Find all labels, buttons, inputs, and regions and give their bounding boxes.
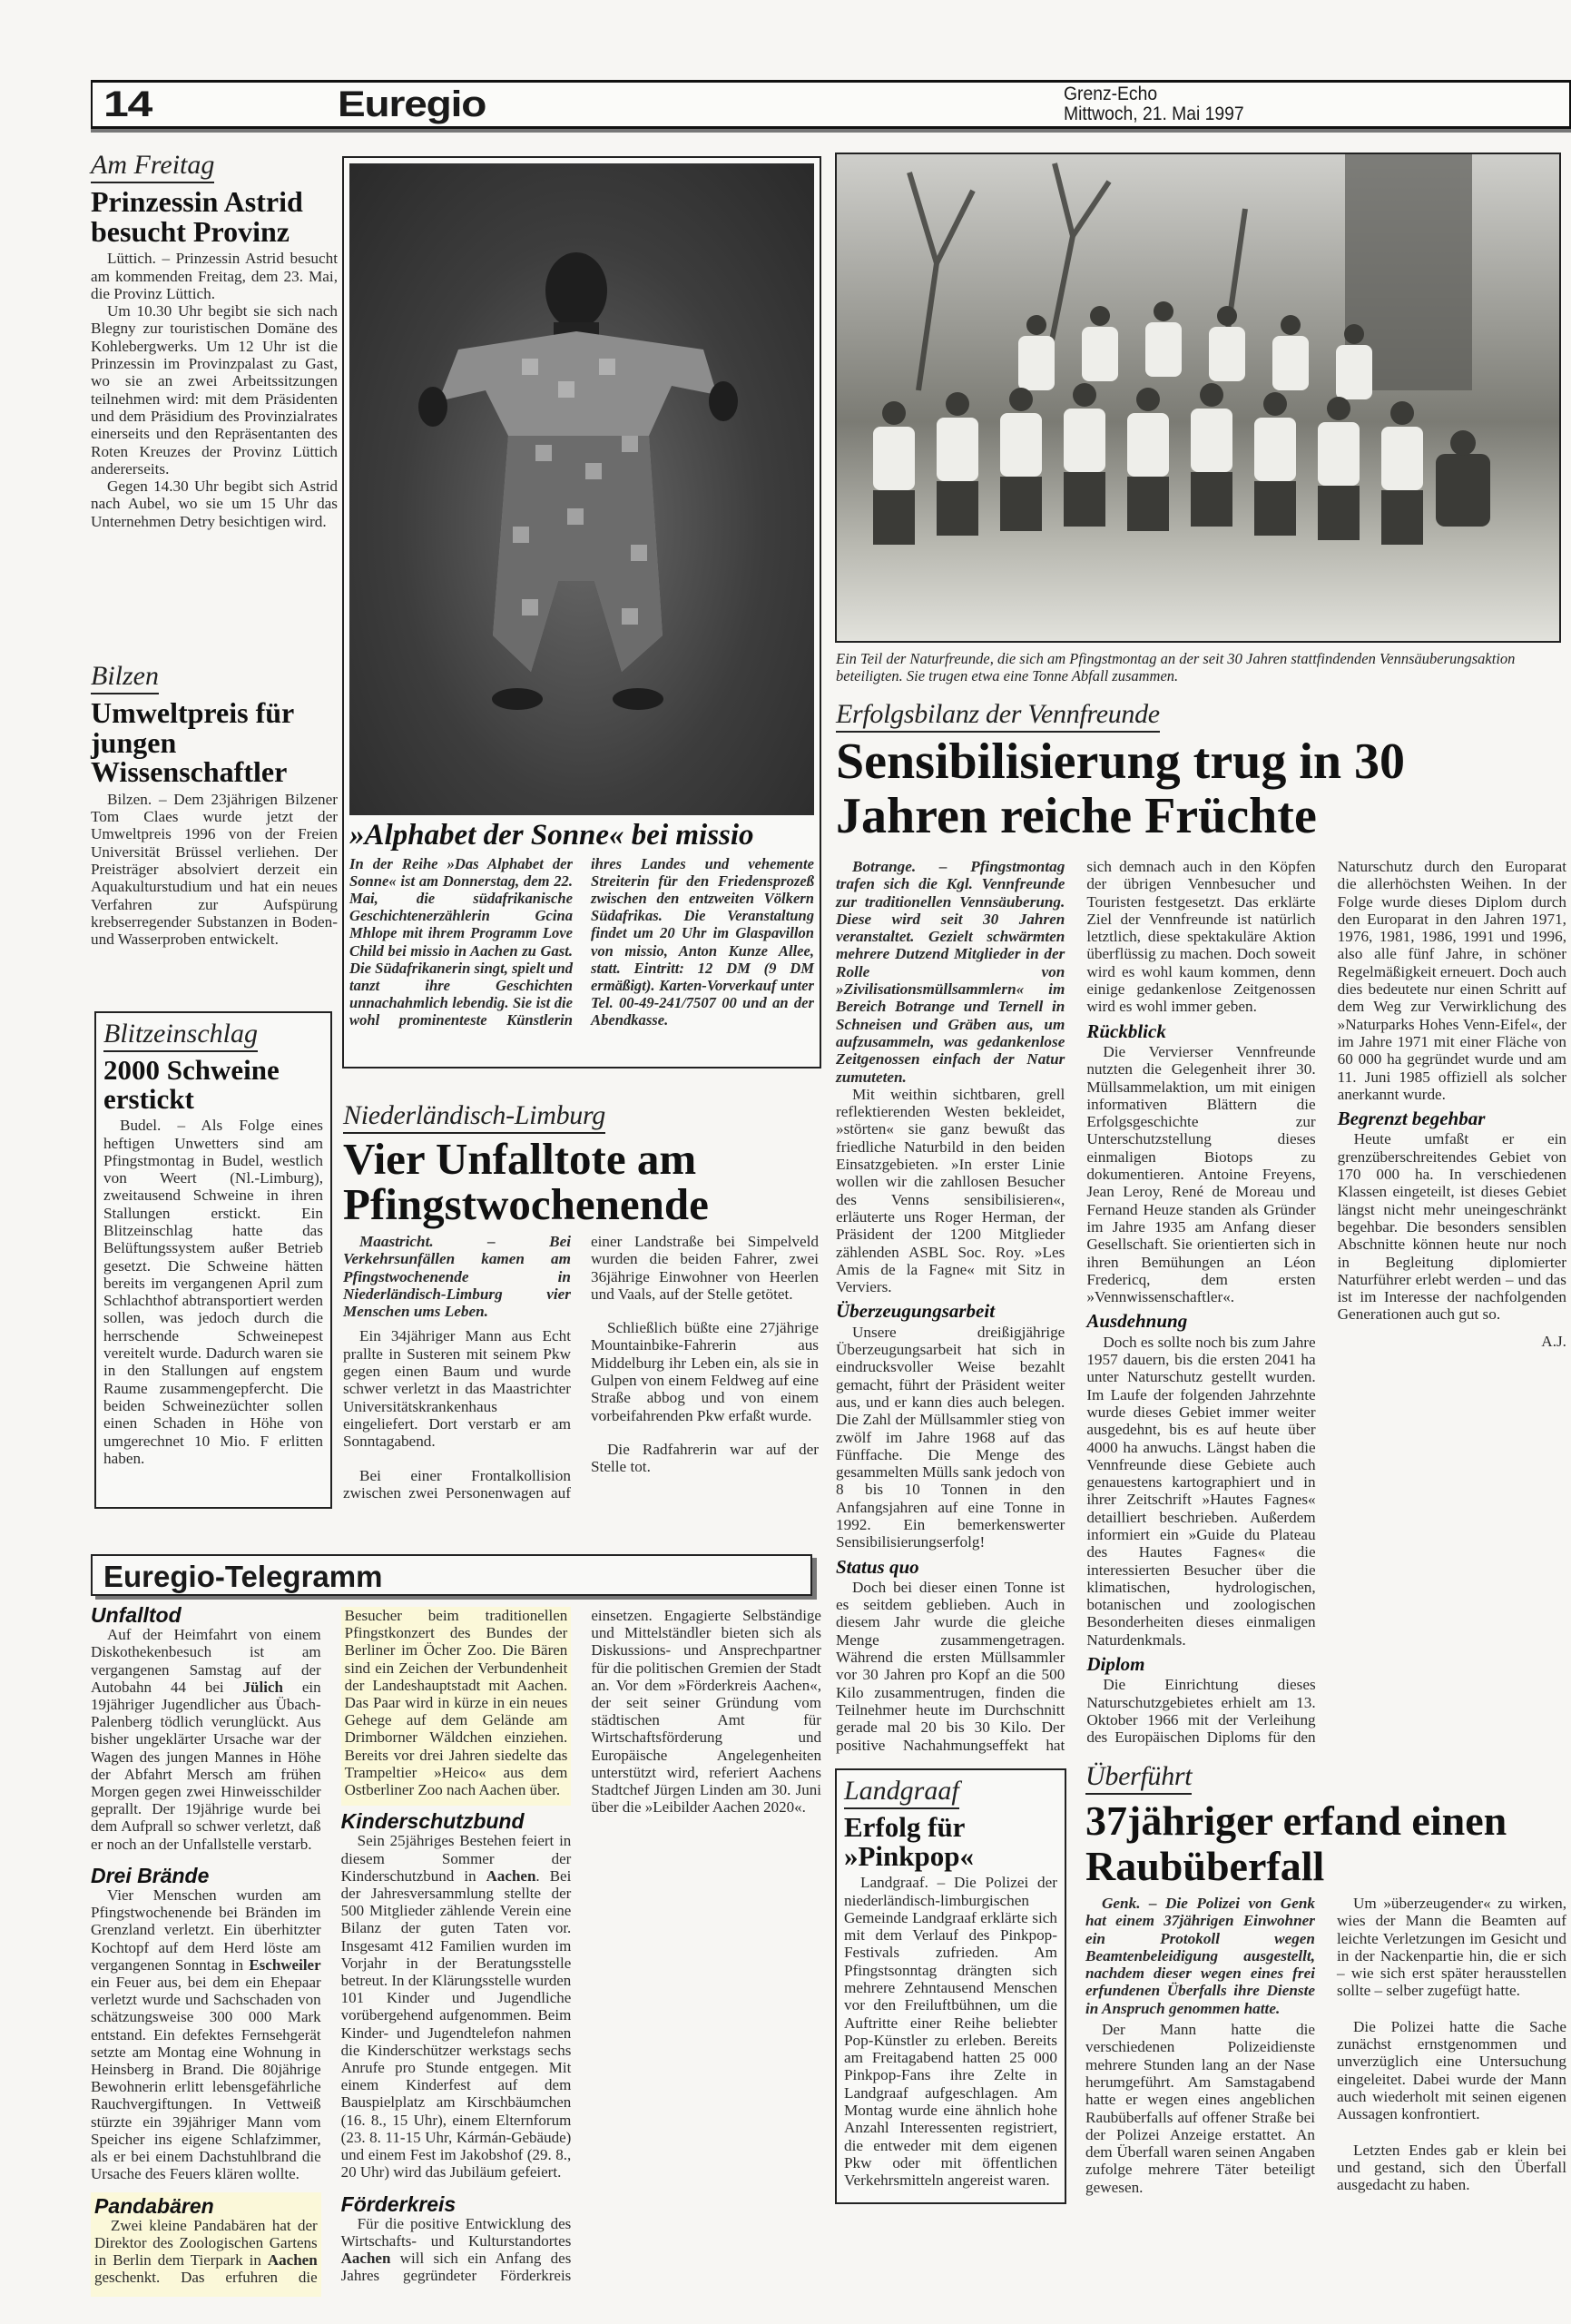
telegramm-item-kinderschutzbund: Kinderschutzbund Sein 25jähriges Bestehe… <box>341 1813 572 2181</box>
article-body: Lüttich. – Prinzessin Astrid besucht am … <box>91 250 338 530</box>
article-body: Maastricht. – Bei Verkehrsunfällen kamen… <box>343 1233 819 1502</box>
headline: Vier Unfalltote am Pfingstwochenende <box>343 1137 819 1227</box>
group-people-icon <box>837 154 1561 643</box>
subheading: Status quo <box>836 1559 1065 1576</box>
paragraph: Landgraaf. – Die Polizei der niederländi… <box>844 1874 1057 2189</box>
paragraph: Mit weithin sichtbaren, grell reflektier… <box>836 1086 1065 1296</box>
paragraph: Vier Menschen wurden am Pfingstwochenend… <box>91 1886 321 2182</box>
article-unfalltote: Niederländisch-Limburg Vier Unfalltote a… <box>343 1100 819 1502</box>
paragraph: Um 10.30 Uhr begibt sie sich nach Blegny… <box>91 302 338 478</box>
article-astrid: Am Freitag Prinzessin Astrid besucht Pro… <box>91 150 338 530</box>
paragraph: Die Radfahrerin war auf der Stelle tot. <box>591 1441 819 1476</box>
kicker: Bilzen <box>91 661 159 694</box>
subheading: Förderkreis <box>341 2196 572 2213</box>
paragraph: Budel. – Als Folge eines heftigen Unwett… <box>103 1117 323 1467</box>
headline: 37jähriger erfand einen Raubüberfall <box>1085 1798 1566 1889</box>
paragraph: Letzten Endes gab er klein bei und gesta… <box>1337 2142 1566 2194</box>
paragraph: Heute umfaßt er ein grenzüberschreitende… <box>1338 1130 1566 1323</box>
dancer-photo <box>349 163 814 815</box>
telegramm-item-braende: Drei Brände Vier Menschen wurden am Pfin… <box>91 1867 321 2183</box>
lead-paragraph: Botrange. – Pfingstmontag trafen sich di… <box>836 858 1065 1086</box>
paragraph: Der Mann hatte die verschiedenen Polizei… <box>1085 2021 1315 2196</box>
subheading: Unfalltod <box>91 1607 321 1624</box>
headline: »Alphabet der Sonne« bei missio <box>349 821 814 852</box>
telegramm-body: Unfalltod Auf der Heimfahrt von einem Di… <box>91 1607 821 2297</box>
article-body: Landgraaf. – Die Polizei der niederländi… <box>844 1874 1057 2189</box>
dancer-figure-icon <box>349 163 814 815</box>
issue-date: Mittwoch, 21. Mai 1997 <box>1064 104 1244 124</box>
paragraph: Gegen 14.30 Uhr begibt sich Astrid nach … <box>91 478 338 530</box>
article-umweltpreis: Bilzen Umweltpreis für jungen Wissenscha… <box>91 661 338 949</box>
paragraph: Doch es sollte noch bis zum Jahre 1957 d… <box>1086 1334 1315 1649</box>
article-pinkpop: Landgraaf Erfolg für »Pinkpop« Landgraaf… <box>835 1768 1066 2204</box>
subheading: Kinderschutzbund <box>341 1813 572 1830</box>
telegramm-title: Euregio-Telegramm <box>91 1554 812 1596</box>
article-vennfreunde: Erfolgsbilanz der Vennfreunde Sensibilis… <box>836 699 1566 849</box>
subheading: Ausdehnung <box>1086 1313 1315 1330</box>
paragraph: Die Polizei hatte die Sache zunächst ern… <box>1337 2018 1566 2123</box>
author-signature: A.J. <box>1338 1333 1566 1350</box>
page-number: 14 <box>103 84 152 125</box>
vennfreunde-body: Botrange. – Pfingstmontag trafen sich di… <box>836 858 1566 1757</box>
subheading: Pandabären <box>94 2198 318 2215</box>
subheading: Diplom <box>1086 1656 1315 1673</box>
paper-name: Grenz-Echo <box>1064 84 1244 104</box>
paragraph: Lüttich. – Prinzessin Astrid besucht am … <box>91 250 338 302</box>
subheading: Rückblick <box>1086 1023 1315 1040</box>
lead-paragraph: Genk. – Die Polizei von Genk hat einem 3… <box>1085 1895 1315 2017</box>
headline: Sensibilisierung trug in 30 Jahren reich… <box>836 734 1566 843</box>
lead-paragraph: Maastricht. – Bei Verkehrsunfällen kamen… <box>343 1233 571 1320</box>
subheading: Überzeugungsarbeit <box>836 1303 1065 1320</box>
article-missio: »Alphabet der Sonne« bei missio In der R… <box>342 156 821 1068</box>
paragraph: Schließlich büßte eine 27jährige Mountai… <box>591 1319 819 1424</box>
kicker: Niederländisch-Limburg <box>343 1100 605 1134</box>
kicker: Landgraaf <box>844 1776 959 1809</box>
headline: Prinzessin Astrid besucht Provinz <box>91 187 338 246</box>
paragraph: Auf der Heimfahrt von einem Diskothekenb… <box>91 1626 321 1853</box>
article-schweine: Blitzeinschlag 2000 Schweine erstickt Bu… <box>94 1011 332 1509</box>
photo-caption: Ein Teil der Naturfreunde, die sich am P… <box>836 650 1562 684</box>
article-raubueberfall: Überführt 37jähriger erfand einen Raubüb… <box>1085 1761 1566 2196</box>
article-body: Budel. – Als Folge eines heftigen Unwett… <box>103 1117 323 1467</box>
paragraph: Die Vervierser Vennfreunde nutzten die G… <box>1086 1043 1315 1305</box>
kicker: Erfolgsbilanz der Vennfreunde <box>836 699 1160 733</box>
paragraph: Um »überzeugender« zu wirken, wies der M… <box>1337 1895 1566 2000</box>
masthead: 14 Euregio Grenz-Echo Mittwoch, 21. Mai … <box>91 80 1571 129</box>
telegramm-item-unfalltod: Unfalltod Auf der Heimfahrt von einem Di… <box>91 1607 321 1853</box>
kicker: Am Freitag <box>91 150 214 183</box>
subheading: Drei Brände <box>91 1867 321 1885</box>
paragraph: Bilzen. – Dem 23jährigen Bilzener Tom Cl… <box>91 791 338 949</box>
section-title: Euregio <box>338 84 486 125</box>
paper-info: Grenz-Echo Mittwoch, 21. Mai 1997 <box>1064 84 1244 124</box>
headline: Umweltpreis für jungen Wissenschaftler <box>91 698 338 787</box>
article-body: In der Reihe »Das Alphabet der Sonne« is… <box>349 855 814 1029</box>
paragraph: Ein 34jähriger Mann aus Echt prallte in … <box>343 1327 571 1450</box>
group-photo <box>835 153 1561 643</box>
headline: Erfolg für »Pinkpop« <box>844 1813 1057 1870</box>
article-body: Bilzen. – Dem 23jährigen Bilzener Tom Cl… <box>91 791 338 949</box>
article-body: Genk. – Die Polizei von Genk hat einem 3… <box>1085 1895 1566 2196</box>
paragraph: Unsere dreißigjährige Überzeugungsarbeit… <box>836 1324 1065 1551</box>
headline: 2000 Schweine erstickt <box>103 1056 323 1113</box>
kicker: Blitzeinschlag <box>103 1019 258 1052</box>
kicker: Überführt <box>1085 1761 1192 1795</box>
paragraph: Sein 25jähriges Bestehen feiert in diese… <box>341 1832 572 2181</box>
subheading: Begrenzt begehbar <box>1338 1110 1566 1128</box>
